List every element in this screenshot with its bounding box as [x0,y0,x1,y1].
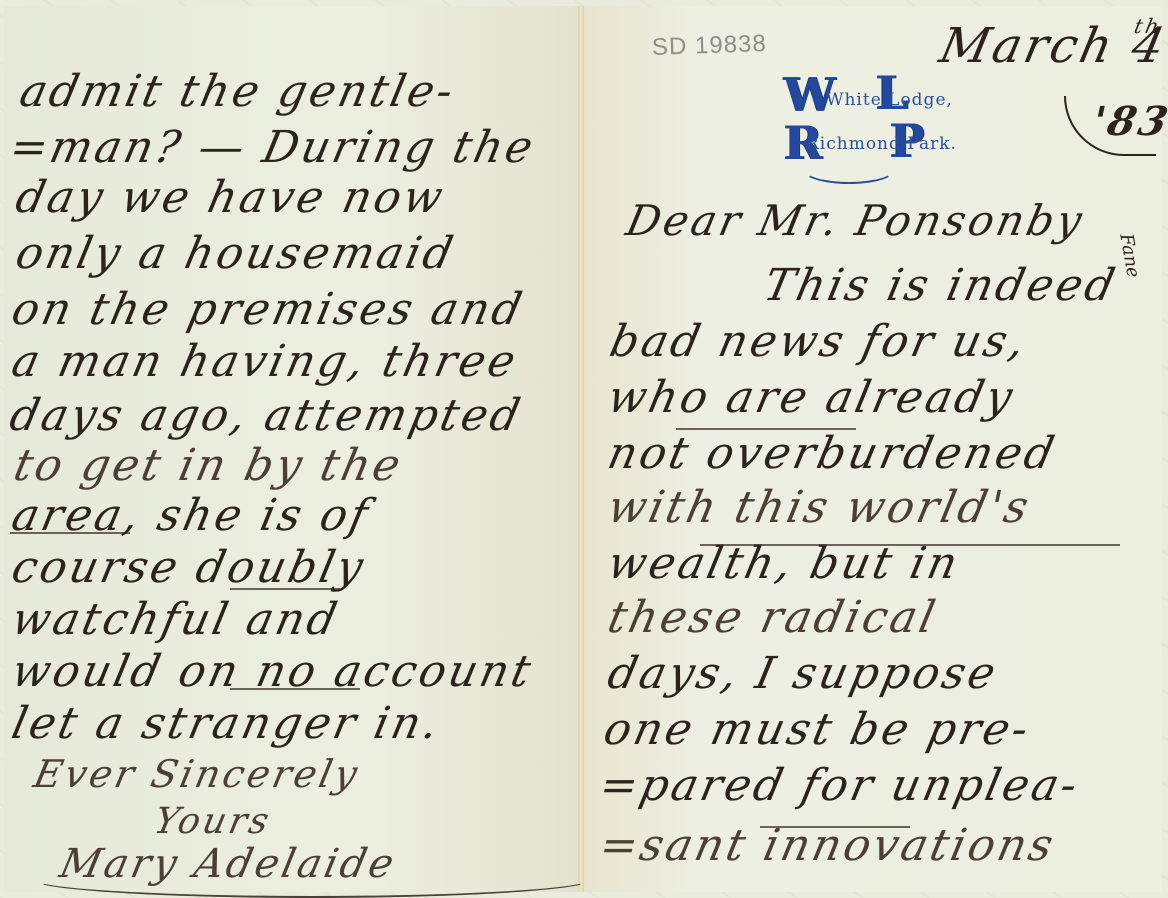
left-line-4: only a housemaid [12,232,459,276]
right-line-3: who are already [604,376,1019,420]
date-superscript: th [1132,14,1164,38]
letterhead-address-line-1: White Lodge, [826,90,953,110]
letterhead: W L R P White Lodge, Richmond Park. [782,74,982,184]
date-month-day: March 4 [935,18,1168,74]
underline-stroke [760,826,910,828]
letterhead-line-2: Richmond Park. [806,134,957,154]
date-year: '83 [1088,98,1168,145]
letterhead-line-1: White Lodge, [826,90,953,110]
left-line-7: days ago, attempted [6,394,526,438]
right-line-4: not overburdened [604,432,1061,476]
underline-stroke [10,532,130,534]
left-line-2: =man? — During the [6,126,539,170]
left-line-13: let a stranger in. [8,702,445,746]
left-line-8: to get in by the [10,444,407,488]
right-line-9: one must be pre- [600,708,1035,752]
underline-stroke [676,428,856,430]
signature-flourish-icon [30,860,594,898]
right-line-10: =pared for unplea- [596,764,1084,808]
right-line-11: =sant innovations [596,824,1060,868]
letter-scan: SD 19838 W L R P White Lodge, Richmond P… [0,0,1168,898]
underline-stroke [700,544,1120,546]
left-line-3: day we have now [12,176,449,220]
letterhead-address-line-2: Richmond Park. [806,134,957,154]
closing-line-2: Yours [150,800,276,844]
underline-stroke [230,588,340,590]
left-line-1: admit the gentle- [16,70,459,114]
salutation: Dear Mr. Ponsonby [622,196,1089,245]
left-line-5: on the premises and [8,288,528,332]
left-line-11: watchful and [8,598,343,642]
left-line-6: a man having, three [8,340,522,384]
right-line-1: This is indeed [760,264,1121,308]
right-line-2: bad news for us, [606,320,1031,364]
left-line-10: course doubly [8,546,370,590]
closing-line-1: Ever Sincerely [30,752,364,796]
letterhead-flourish-icon [802,154,896,184]
right-line-8: days, I suppose [604,652,1002,696]
underline-stroke [230,688,360,690]
right-line-6: wealth, but in [604,542,964,586]
archive-reference-mark: SD 19838 [652,30,768,62]
right-line-5: with this world's [604,486,1035,530]
right-line-7: these radical [604,596,941,640]
